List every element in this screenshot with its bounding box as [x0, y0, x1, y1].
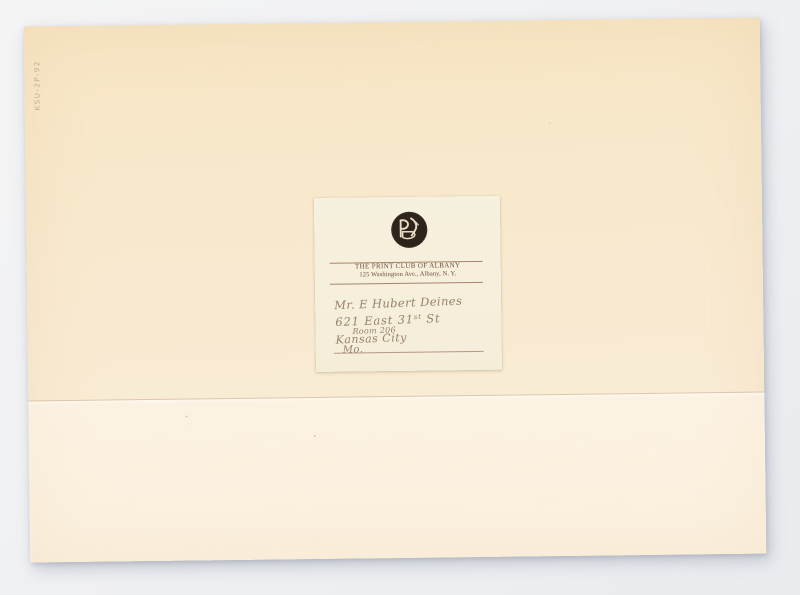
recipient-state: Mo.: [343, 345, 364, 356]
accession-number: KSU-2P-92: [33, 54, 42, 110]
paper-speck: [549, 122, 551, 124]
print-club-monogram-icon: [390, 211, 428, 249]
bookplate-label: THE PRINT CLUB OF ALBANY 125 Washington …: [314, 196, 502, 372]
fold-crease-flap: [28, 391, 766, 562]
paper-speck: [186, 416, 188, 418]
club-name: THE PRINT CLUB OF ALBANY: [315, 262, 501, 271]
club-address: 125 Washington Ave., Albany, N. Y.: [315, 271, 501, 280]
recipient-city: Kansas City: [335, 332, 407, 346]
street-suffix: St: [422, 311, 441, 326]
mat-board: KSU-2P-92 THE PRINT CLUB OF ALBANY: [24, 18, 766, 563]
recipient-name: Mr. E Hubert Deines: [334, 296, 463, 312]
paper-speck: [314, 435, 316, 437]
label-middle-rule: [330, 282, 483, 285]
photo-backdrop: KSU-2P-92 THE PRINT CLUB OF ALBANY: [0, 0, 800, 595]
